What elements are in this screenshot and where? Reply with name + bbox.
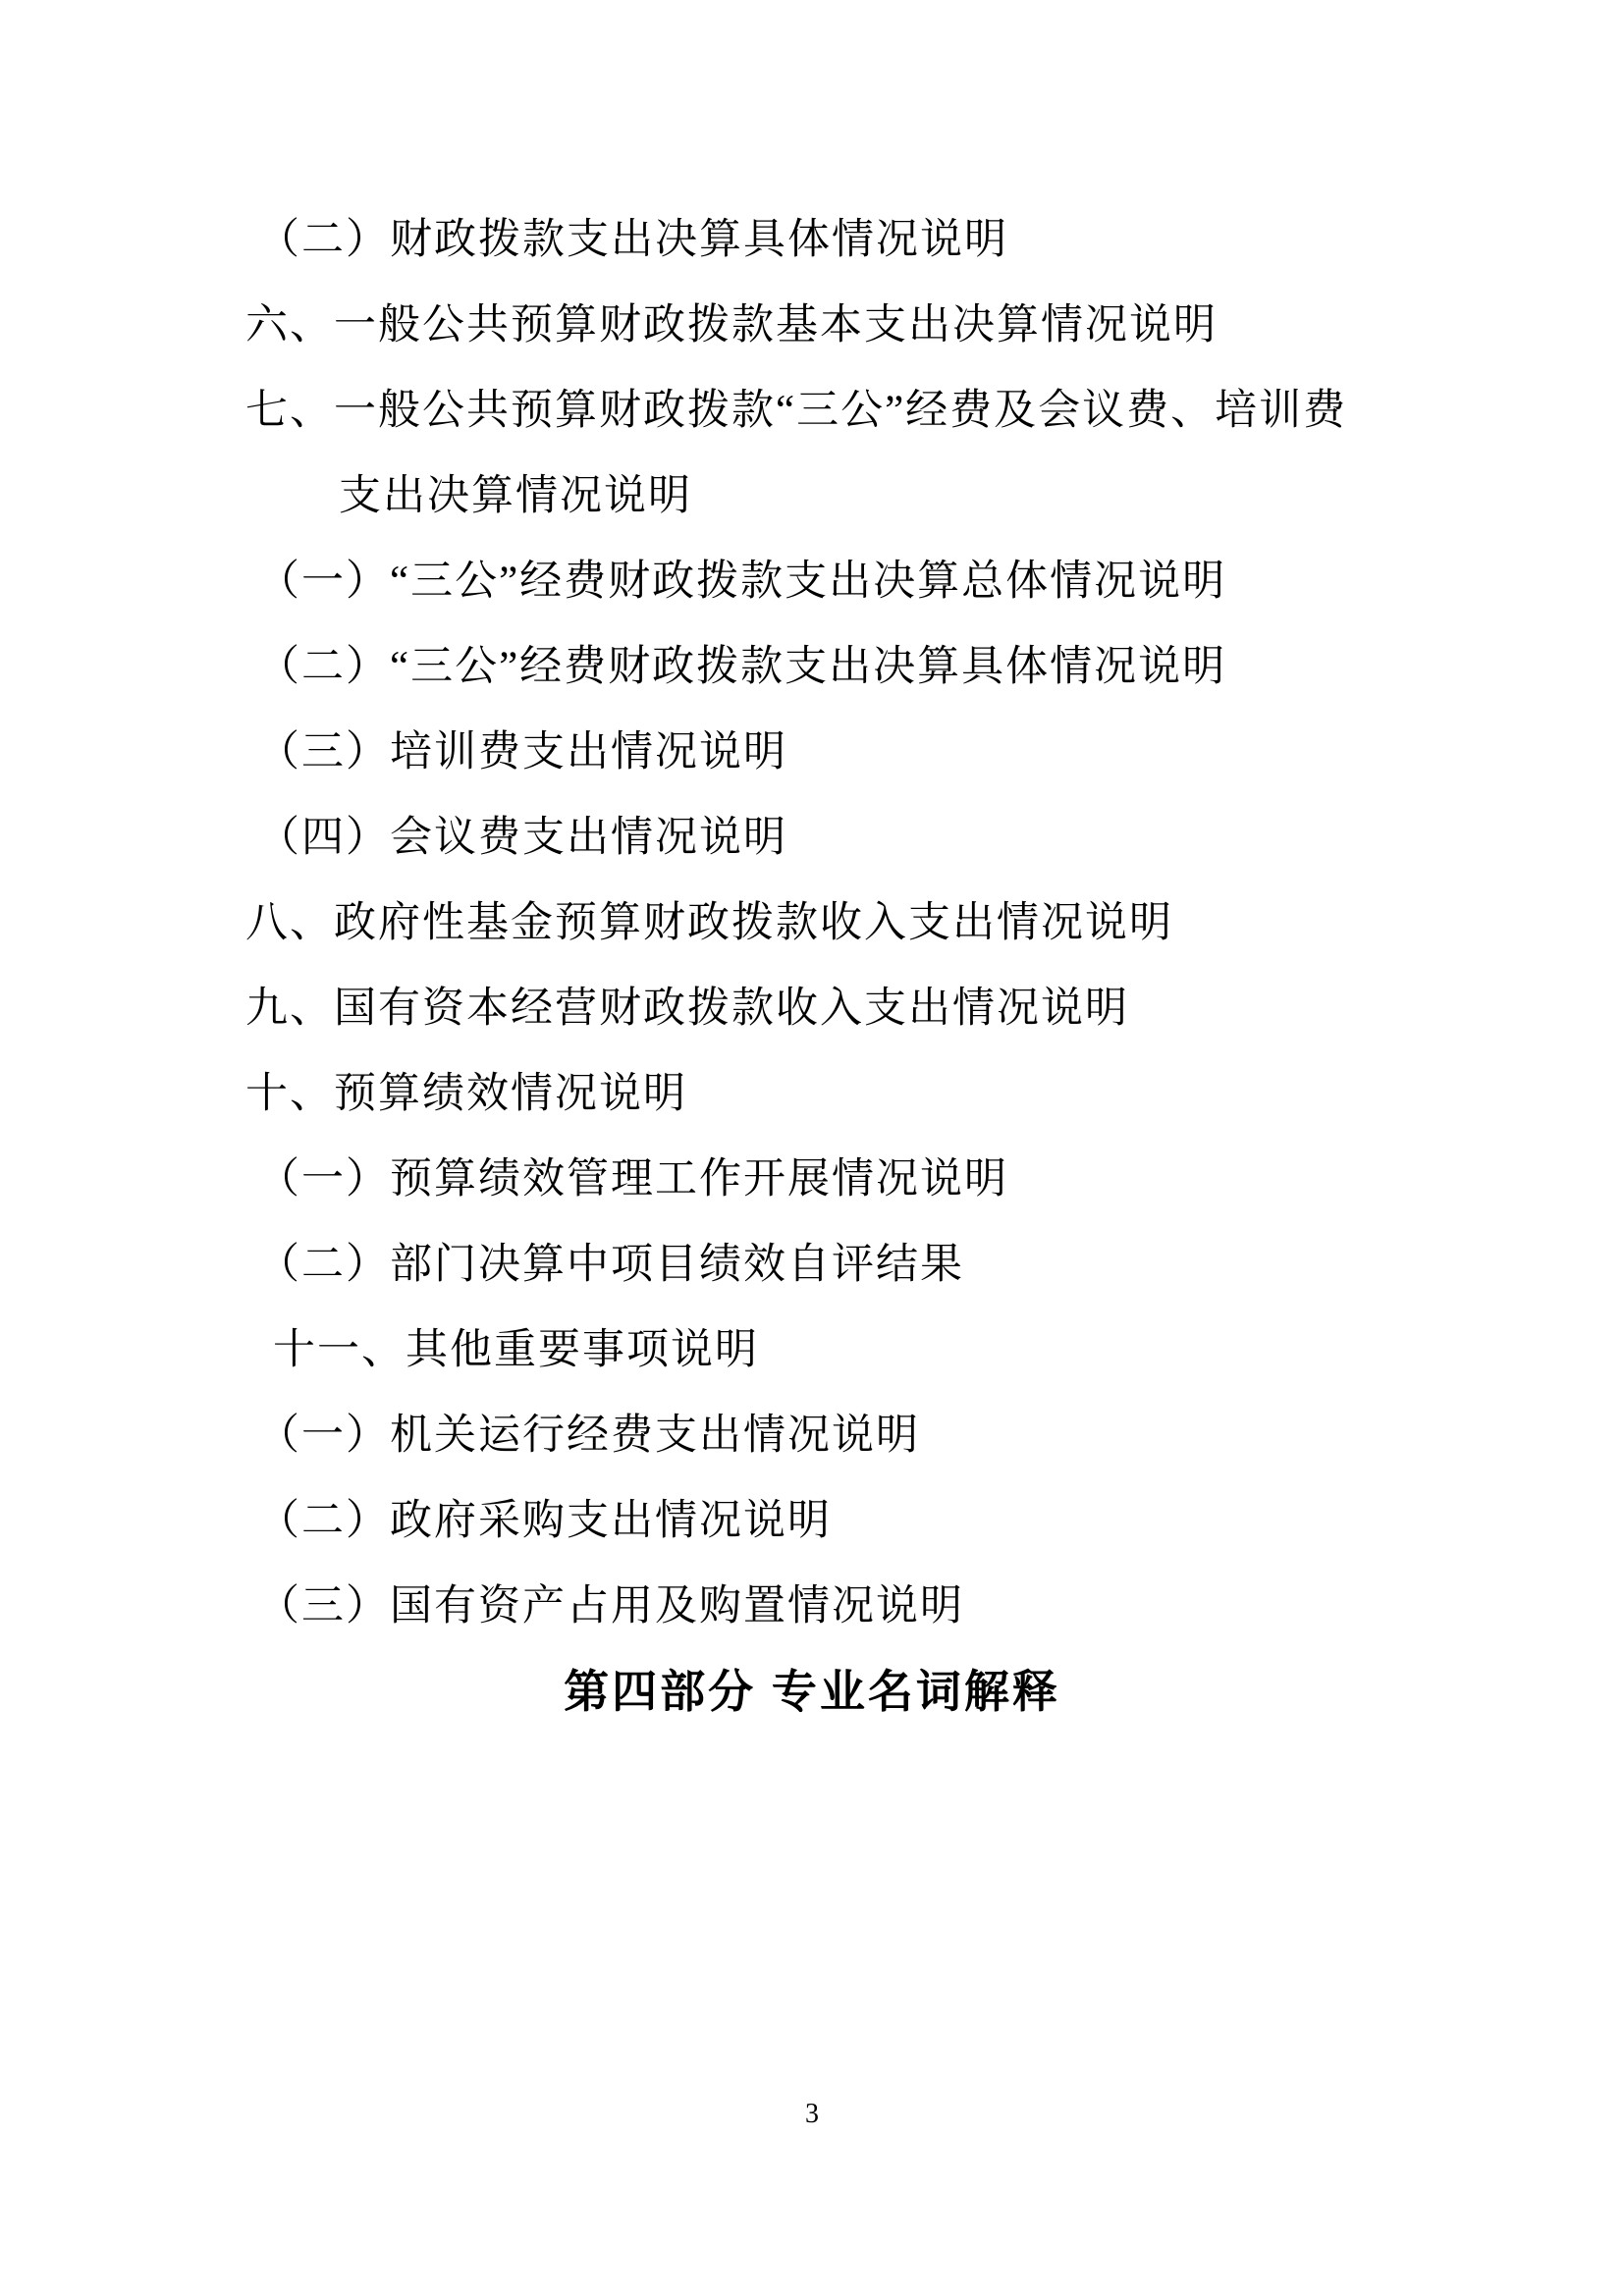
toc-item: 支出决算情况说明: [339, 450, 1624, 535]
table-of-contents: （二）财政拨款支出决算具体情况说明六、一般公共预算财政拨款基本支出决算情况说明七…: [0, 193, 1624, 1731]
toc-item: 六、一般公共预算财政拨款基本支出决算情况说明: [245, 279, 1624, 364]
toc-items: （二）财政拨款支出决算具体情况说明六、一般公共预算财政拨款基本支出决算情况说明七…: [0, 193, 1624, 1645]
toc-item: 七、一般公共预算财政拨款“三公”经费及会议费、培训费: [245, 364, 1624, 450]
toc-item: （一）机关运行经费支出情况说明: [257, 1389, 1624, 1474]
toc-item: （三）国有资产占用及购置情况说明: [257, 1560, 1624, 1645]
document-page: （二）财政拨款支出决算具体情况说明六、一般公共预算财政拨款基本支出决算情况说明七…: [0, 0, 1624, 2296]
toc-item: 八、政府性基金预算财政拨款收入支出情况说明: [245, 877, 1624, 962]
toc-item: （三）培训费支出情况说明: [257, 706, 1624, 791]
section-heading: 第四部分 专业名词解释: [0, 1645, 1624, 1731]
toc-item: （二）财政拨款支出决算具体情况说明: [257, 193, 1624, 279]
toc-item: （四）会议费支出情况说明: [257, 791, 1624, 877]
toc-item: （一）“三公”经费财政拨款支出决算总体情况说明: [257, 535, 1624, 620]
toc-item: 十、预算绩效情况说明: [245, 1047, 1624, 1133]
toc-item: 九、国有资本经营财政拨款收入支出情况说明: [245, 962, 1624, 1047]
toc-item: （二）部门决算中项目绩效自评结果: [257, 1218, 1624, 1304]
toc-item: （二）“三公”经费财政拨款支出决算具体情况说明: [257, 620, 1624, 706]
page-number: 3: [0, 2099, 1624, 2130]
toc-item: （二）政府采购支出情况说明: [257, 1474, 1624, 1560]
toc-item: （一）预算绩效管理工作开展情况说明: [257, 1133, 1624, 1218]
toc-item: 十一、其他重要事项说明: [273, 1304, 1624, 1389]
